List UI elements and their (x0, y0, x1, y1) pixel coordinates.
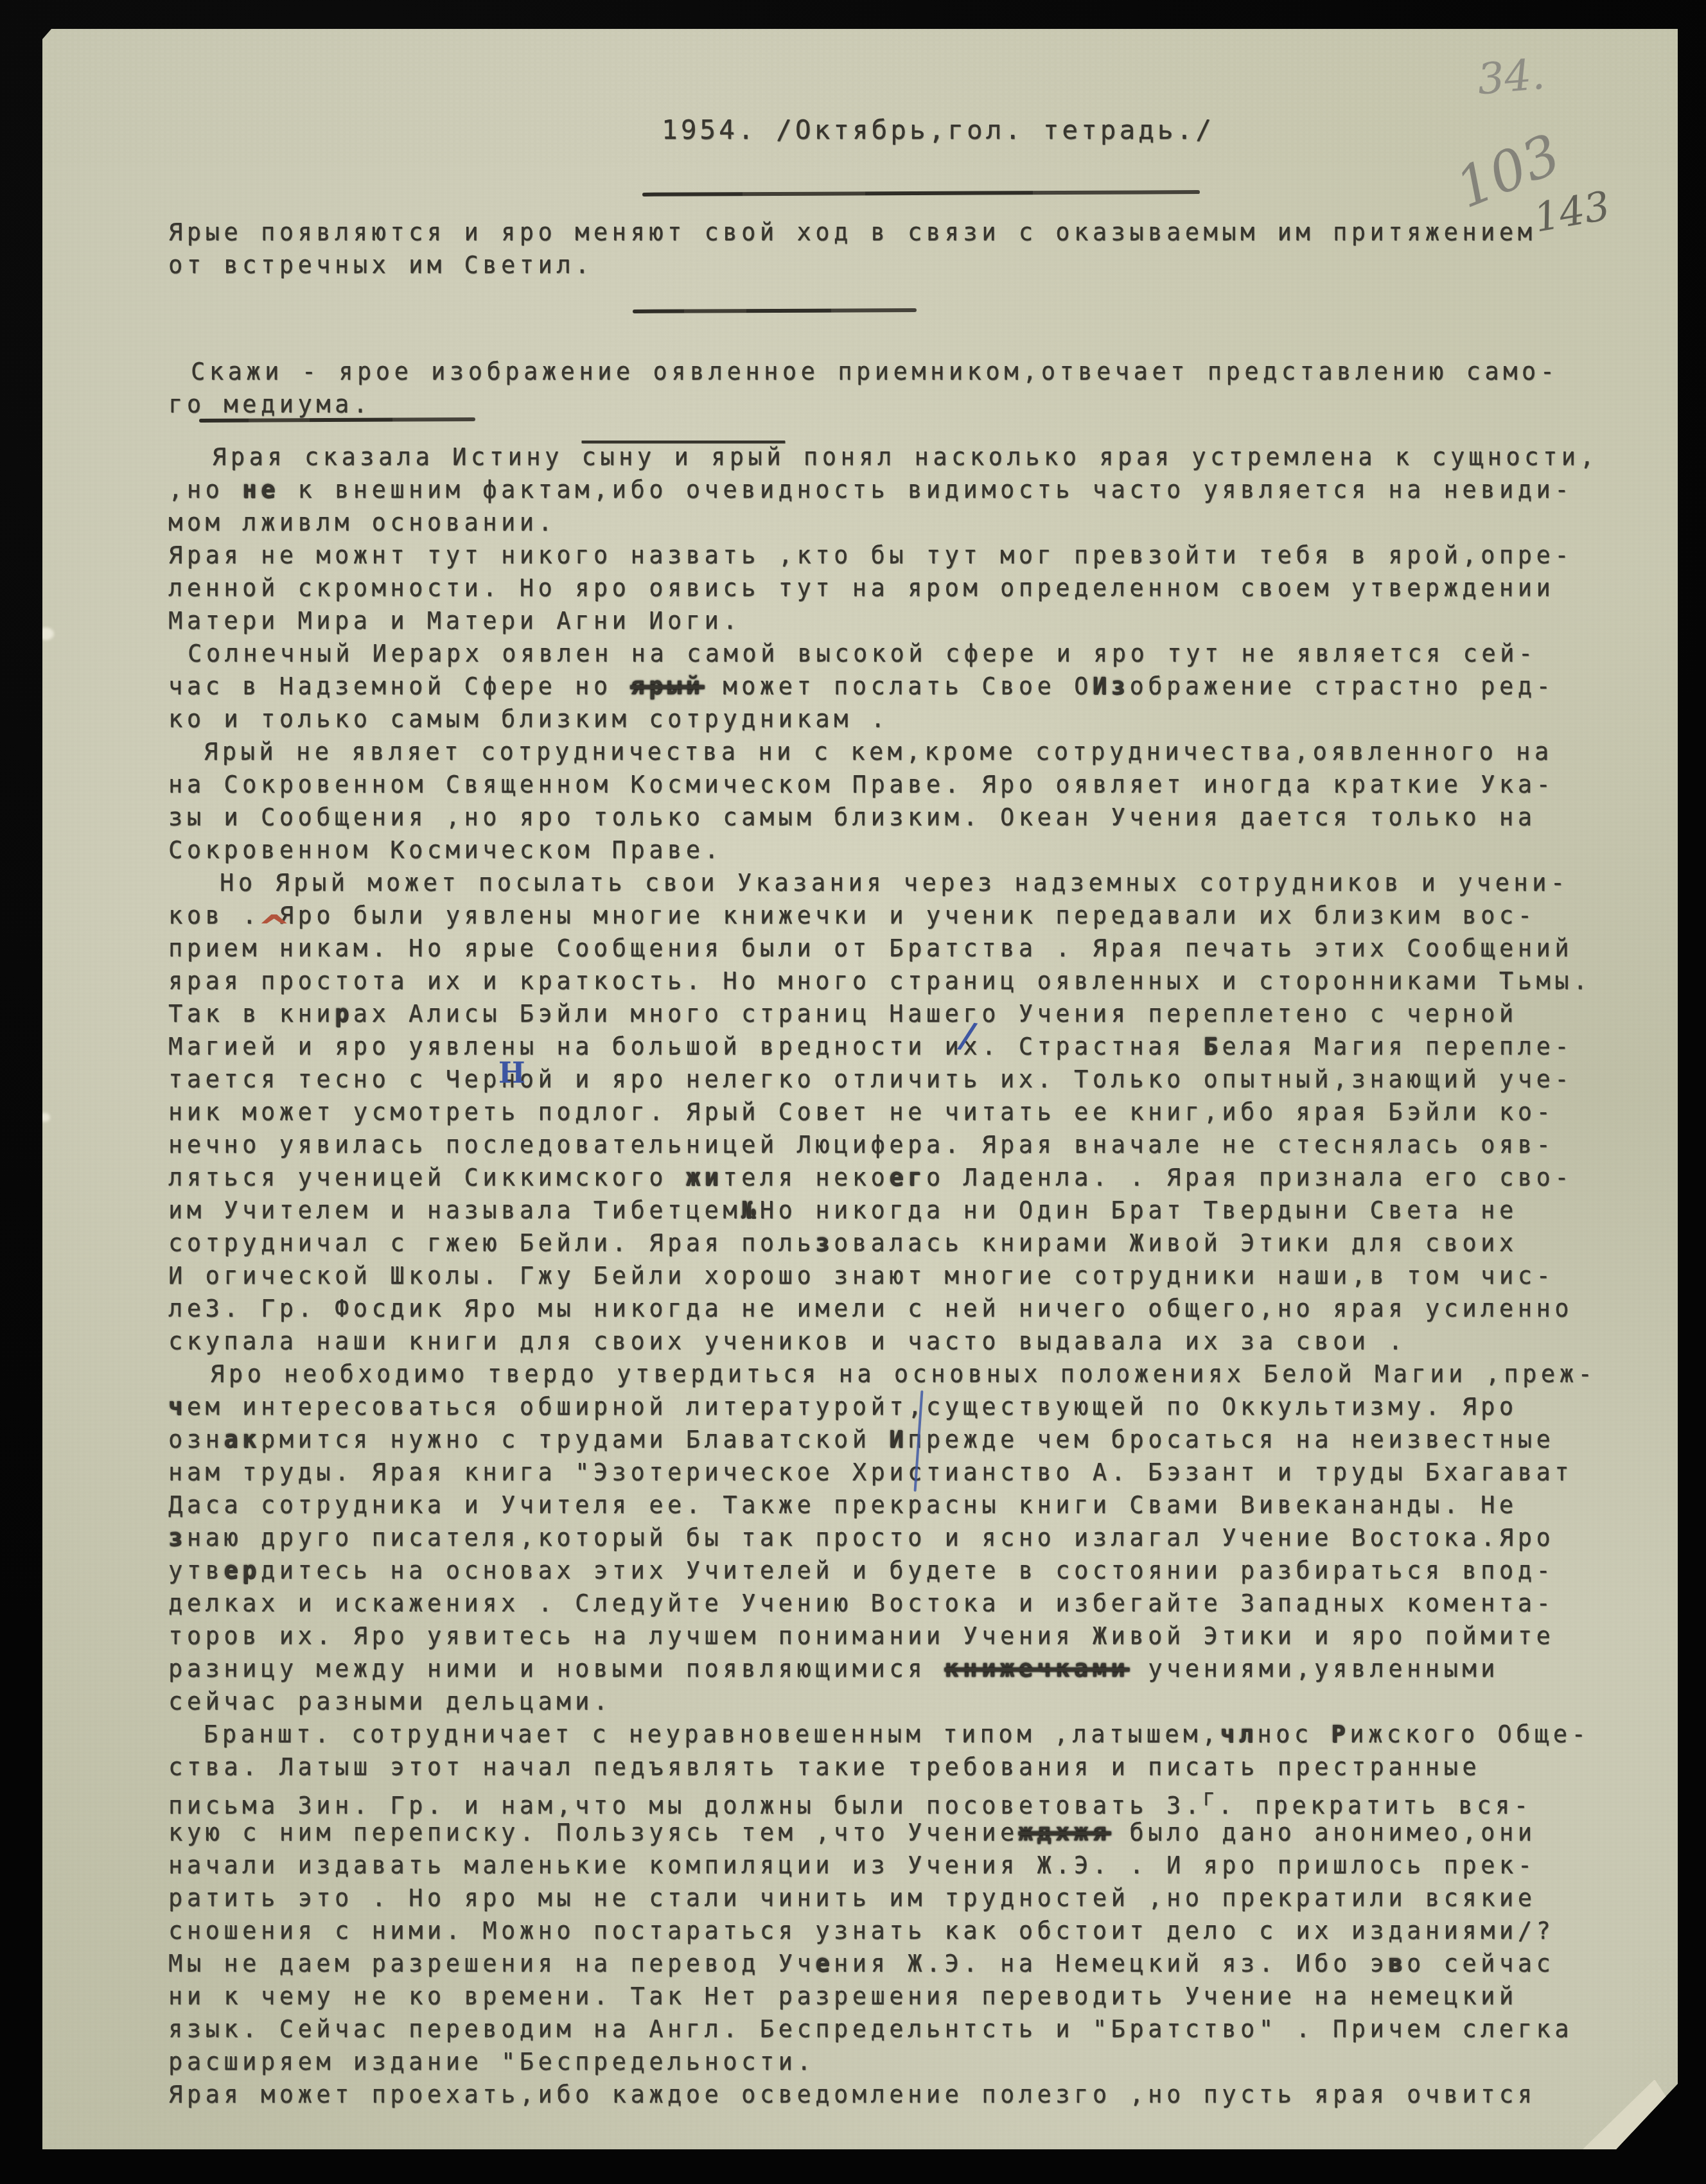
typed-text-segment: от встречных им Светил. (168, 251, 594, 279)
typed-text-segment: И огической Школы. Гжу Бейли хорошо знаю… (168, 1262, 1554, 1289)
typed-text-segment: . прекратить вся- (1218, 1792, 1532, 1819)
typed-correction-segment: № (741, 1196, 760, 1224)
typed-text-segment: Скажи - ярое изображение оявленное прием… (191, 358, 1558, 385)
typed-text-segment: о сейчас (1407, 1950, 1554, 1977)
typed-text-segment: Так в кни (168, 1000, 335, 1027)
text-line: ков . Яро были уявлены многие книжечки и… (168, 899, 1658, 932)
typed-text-segment: о Ладенла. . Ярая признала его сво- (926, 1164, 1573, 1191)
text-line: язык. Сейчас переводим на Англ. Беспреде… (168, 2013, 1658, 2045)
typed-text-segment: ков . Яро были уявлены многие книжечки и… (168, 902, 1536, 929)
typed-correction-segment: ждхжя (1019, 1819, 1111, 1846)
typed-text-segment: ярая простота их и краткость. Но много с… (168, 967, 1592, 995)
text-line: зы и Сообщения ,но яро только самым близ… (168, 801, 1658, 834)
typed-text-segment: ко и только самым близким сотрудникам . (168, 705, 889, 733)
text-line: час в Надземной Сфере но ярый может посл… (168, 670, 1658, 703)
typed-text-segment: кую с ним переписку. Пользуясь тем ,что … (168, 1819, 1019, 1846)
document-section-intro1: Ярые появляются и яро меняют свой ход в … (168, 216, 1658, 281)
text-line: Даса сотрудника и Учителя ее. Также прек… (168, 1489, 1658, 1521)
text-line: чем интересоваться обширной литературойт… (168, 1390, 1658, 1423)
typed-correction-segment: ак (224, 1426, 261, 1453)
typed-text-segment: елая Магия перепле- (1222, 1033, 1573, 1060)
typed-correction-segment: Г (1203, 1790, 1218, 1810)
paragraph: Ярые появляются и яро меняют свой ход в … (168, 216, 1658, 281)
text-line: ко и только самым близким сотрудникам . (168, 703, 1658, 735)
typed-correction-segment: е (815, 1950, 834, 1977)
typed-correction-segment: ег (889, 1164, 926, 1191)
text-line: сейчас разными дельцами. (168, 1685, 1658, 1718)
typed-text-segment: торов их. Яро уявитесь на лучшем пониман… (168, 1622, 1554, 1650)
text-line: делках и искажениях . Следуйте Учению Во… (168, 1587, 1658, 1620)
typed-text-segment: нечно уявилась последовательницей Люцифе… (168, 1131, 1554, 1158)
text-line: ни к чему не ко времени. Так Нет разреше… (168, 1980, 1658, 2013)
typed-text-segment: Даса сотрудника и Учителя ее. Также прек… (168, 1491, 1518, 1519)
typed-text-segment: Браншт. сотрудничает с неуравновешенным … (204, 1720, 1220, 1748)
text-line: ознакрмится нужно с трудами Блаватской И… (168, 1423, 1658, 1456)
text-line: ства. Латыш этот начал педъявлять такие … (168, 1751, 1658, 1783)
text-line: на Сокровенном Священном Космическом Пра… (168, 768, 1658, 801)
typed-text-segment: им Учителем и называла Тибетцем (168, 1196, 741, 1224)
text-line: ,но не к внешним фактам,ибо очевидность … (168, 473, 1658, 506)
typed-text-segment: Мы не даем разрешения на перевод Уч (168, 1950, 815, 1977)
text-line: им Учителем и называла Тибетцем№Но никог… (168, 1194, 1658, 1227)
typed-text-segment: ни к чему не ко времени. Так Нет разреше… (168, 1982, 1518, 2010)
typed-text-segment: Яро необходимо твердо утвердиться на осн… (210, 1360, 1596, 1388)
paragraph: Ярая может проехать,ибо каждое осведомле… (168, 2078, 1658, 2111)
typed-text-segment: ства. Латыш этот начал педъявлять такие … (168, 1753, 1481, 1781)
typed-text-segment: рмится нужно с трудами Блаватской (261, 1426, 889, 1453)
typed-correction-segment: Из (1093, 672, 1130, 700)
text-line: ратить это . Но яро мы не стали чинить и… (168, 1882, 1658, 1914)
paper-edge-blemish (39, 1113, 50, 1122)
typed-text-segment: ем интересоваться обширной литературойт,… (187, 1393, 1518, 1420)
typed-text-segment: ния Ж.Э. на Немецкий яз. Ибо э (834, 1950, 1388, 1977)
text-line: начали издавать маленькие компиляции из … (168, 1849, 1658, 1882)
typed-text-segment: леЗ. Гр. Фосдик Яро мы никогда не имели … (168, 1295, 1573, 1322)
text-line: Магией и яро уявлены на большой вредност… (168, 1030, 1658, 1063)
section-divider-rule (633, 308, 917, 313)
text-line: го медиума. (168, 388, 1658, 421)
typed-correction-segment: з (815, 1229, 834, 1257)
typed-correction-segment: Б (1203, 1033, 1222, 1060)
text-line: знаю друго писателя,который бы так прост… (168, 1521, 1658, 1554)
text-line: сношения с ними. Можно постараться узнат… (168, 1914, 1658, 1947)
paragraph: Но Ярый может посылать свои Указания чер… (168, 866, 1658, 1358)
paragraph: Ярая сказала Истину сыну и ярый понял на… (168, 441, 1658, 637)
typed-text-segment: час в Надземной Сфере но (168, 672, 630, 700)
document-section-intro2: Скажи - ярое изображение оявленное прием… (168, 355, 1658, 421)
typed-text-segment: Но никогда ни Один Брат Твердыни Света н… (760, 1196, 1518, 1224)
typed-correction-segment: з (168, 1524, 187, 1551)
typed-text-segment: мом лживлм основании. (168, 509, 556, 536)
text-line: Ярый не являет сотрудничества ни с кем,к… (168, 735, 1658, 768)
text-line: ляться ученицей Сиккимского жителя некое… (168, 1161, 1658, 1194)
typed-text-segment: письма Зин. Гр. и нам,что мы должны были… (168, 1792, 1203, 1819)
typed-text-segment: может послать Свое О (705, 672, 1093, 700)
paragraph: Скажи - ярое изображение оявленное прием… (168, 355, 1658, 421)
typed-text-segment: к внешним фактам,ибо очевидность видимос… (279, 476, 1573, 503)
page-title: 1954. /Октябрь,гол. тетрадь./ (662, 114, 1215, 145)
text-line: Так в книрах Алисы Бэйли много страниц Н… (168, 997, 1658, 1030)
typed-text-segment: язык. Сейчас переводим на Англ. Беспреде… (168, 2015, 1573, 2043)
text-line: прием никам. Но ярые Сообщения были от Б… (168, 932, 1658, 965)
header-underline-rule (642, 190, 1200, 197)
typed-text-segment: прежде чем бросаться на неизвестные (908, 1426, 1554, 1453)
typed-correction-segment: не (242, 476, 279, 503)
text-line: Сокровенном Космическом Праве. (168, 834, 1658, 866)
typed-text-segment: овалась книрами Живой Этики для своих (834, 1229, 1518, 1257)
typed-text-segment: го медиума. (168, 390, 372, 418)
typed-text-segment: нам труды. Ярая книга "Эзотерическое Хри… (168, 1458, 1573, 1486)
typed-correction-segment: в (1388, 1950, 1407, 1977)
typed-text-segment: начали издавать маленькие компиляции из … (168, 1851, 1536, 1879)
typed-correction-segment: книжечками (945, 1655, 1130, 1682)
typed-text-segment: понял насколько ярая устремлена к сущнос… (785, 443, 1598, 471)
text-line: И огической Школы. Гжу Бейли хорошо знаю… (168, 1259, 1658, 1292)
typed-text-segment: Ярый не являет сотрудничества ни с кем,к… (204, 738, 1553, 765)
text-line: разницу между ними и новыми появляющимис… (168, 1652, 1658, 1685)
text-line: ярая простота их и краткость. Но много с… (168, 965, 1658, 997)
typed-text-segment: разницу между ними и новыми появляющимис… (168, 1655, 945, 1682)
typed-text-segment: ах Алисы Бэйли много страниц Нашего Учен… (353, 1000, 1518, 1027)
typed-correction-segment: И (889, 1426, 908, 1453)
typed-text-segment: Но Ярый может посылать свои Указания чер… (220, 869, 1569, 896)
typed-correction-segment: чл (1220, 1720, 1258, 1748)
text-line: скупала наши книги для своих учеников и … (168, 1325, 1658, 1358)
text-line: расширяем издание "Беспредельности. (168, 2045, 1658, 2078)
typed-correction-segment: жи (686, 1164, 723, 1191)
typed-text-segment: сношения с ними. Можно постараться узнат… (168, 1917, 1554, 1944)
paragraph: Браншт. сотрудничает с неуравновешенным … (168, 1718, 1658, 2078)
typed-text-segment: ратить это . Но яро мы не стали чинить и… (168, 1884, 1536, 1912)
typed-correction-segment: Р (1331, 1720, 1350, 1748)
typed-text-segment: Солнечный Иерарх оявлен на самой высокой… (188, 640, 1537, 667)
typed-correction-segment: ер (224, 1557, 261, 1584)
text-line: Ярая не можнт тут никого назвать ,кто бы… (168, 539, 1658, 572)
text-line: ленной скромности. Но яро оявись тут на … (168, 572, 1658, 604)
document-body: Ярая сказала Истину сыну и ярый понял на… (168, 441, 1658, 2111)
typed-correction-segment: сыну и ярый (582, 443, 786, 471)
typed-text-segment: сотрудничал с гжею Бейли. Ярая поль (168, 1229, 815, 1257)
text-line: Скажи - ярое изображение оявленное прием… (168, 355, 1658, 388)
text-line: Но Ярый может посылать свои Указания чер… (168, 866, 1658, 899)
typed-text-segment: сейчас разными дельцами. (168, 1688, 612, 1715)
text-line: нечно уявилась последовательницей Люцифе… (168, 1128, 1658, 1161)
text-line: Ярая сказала Истину сыну и ярый понял на… (168, 441, 1658, 473)
typed-text-segment: на Сокровенном Священном Космическом Пра… (168, 771, 1554, 798)
text-line: торов их. Яро уявитесь на лучшем пониман… (168, 1620, 1658, 1652)
section-divider-rule (199, 417, 475, 423)
paragraph: Солнечный Иерарх оявлен на самой высокой… (168, 637, 1658, 735)
typed-text-segment: тается тесно с Черной и яро нелегко отли… (168, 1065, 1573, 1093)
typed-text-segment: Ярая не можнт тут никого назвать ,кто бы… (168, 541, 1573, 569)
typed-text-segment: Ярая сказала Истину (212, 443, 582, 471)
text-line: мом лживлм основании. (168, 506, 1658, 539)
text-line: письма Зин. Гр. и нам,что мы должны были… (168, 1783, 1658, 1816)
text-line: леЗ. Гр. Фосдик Яро мы никогда не имели … (168, 1292, 1658, 1325)
scanned-page-background: { "document": { "kind": "typewritten arc… (0, 0, 1706, 2184)
typed-text-segment: расширяем издание "Беспредельности. (168, 2048, 815, 2075)
typed-text-segment: было дано анонимео,они (1111, 1819, 1536, 1846)
text-line: ник может усмотреть подлог. Ярый Совет н… (168, 1096, 1658, 1128)
text-line: Мы не даем разрешения на перевод Учения … (168, 1947, 1658, 1980)
text-line: Яро необходимо твердо утвердиться на осн… (168, 1358, 1658, 1390)
typed-text-segment: Сокровенном Космическом Праве. (168, 836, 723, 864)
typed-text-segment: ижского Обще- (1350, 1720, 1590, 1748)
typed-text-segment: утв (168, 1557, 224, 1584)
text-line: Матери Мира и Матери Агни Иоги. (168, 604, 1658, 637)
typed-text-segment (261, 934, 279, 962)
typed-text-segment: Магией и яро уявлены на большой вредност… (168, 1033, 1203, 1060)
text-line: Ярая может проехать,ибо каждое осведомле… (168, 2078, 1658, 2111)
typed-text-segment: Матери Мира и Матери Агни Иоги. (168, 607, 741, 634)
typed-text-segment: ник может усмотреть подлог. Ярый Совет н… (168, 1098, 1554, 1126)
typed-text-segment: Ярая может проехать,ибо каждое осведомле… (168, 2081, 1536, 2108)
scanned-paper-sheet: 34. 103 143 1954. /Октябрь,гол. тетрадь.… (42, 29, 1678, 2149)
typed-text-segment: зы и Сообщения ,но яро только самым близ… (168, 803, 1536, 831)
text-line: тается тесно с Черной и яро нелегко отли… (168, 1063, 1658, 1096)
typed-text-segment: скупала наши книги для своих учеников и … (168, 1327, 1407, 1355)
text-line: сотрудничал с гжею Бейли. Ярая пользовал… (168, 1227, 1658, 1259)
typed-text-segment: ,но (168, 476, 242, 503)
typed-correction-segment: р (335, 1000, 353, 1027)
text-line: Ярые появляются и яро меняют свой ход в … (168, 216, 1658, 249)
text-line: от встречных им Светил. (168, 249, 1658, 281)
typed-text-segment: дитесь на основах этих Учителей и будете… (261, 1557, 1554, 1584)
typed-text-segment: учениями,уявленными (1129, 1655, 1499, 1682)
text-line: нам труды. Ярая книга "Эзотерическое Хри… (168, 1456, 1658, 1489)
paper-edge-blemish (37, 627, 54, 640)
typed-text-segment: прием (168, 934, 261, 962)
typed-correction-segment: ярый (630, 672, 704, 700)
typed-correction-segment: ч (168, 1393, 187, 1420)
pencil-corner-number: 34. (1475, 49, 1547, 105)
typed-text-segment: ображение страстно ред- (1129, 672, 1554, 700)
typed-text-segment: теля неко (723, 1164, 889, 1191)
text-line: Браншт. сотрудничает с неуравновешенным … (168, 1718, 1658, 1751)
text-line: утвердитесь на основах этих Учителей и б… (168, 1554, 1658, 1587)
typed-text-segment: Ярые появляются и яро меняют свой ход в … (168, 218, 1536, 246)
typed-text-segment: ленной скромности. Но яро оявись тут на … (168, 574, 1554, 602)
typed-text-segment: нос (1257, 1720, 1331, 1748)
typed-text-segment: ляться ученицей Сиккимского (168, 1164, 686, 1191)
text-line: Солнечный Иерарх оявлен на самой высокой… (168, 637, 1658, 670)
typed-text-segment: наю друго писателя,который бы так просто… (187, 1524, 1554, 1551)
typed-text-segment: озн (168, 1426, 224, 1453)
typed-text-segment: никам. Но ярые Сообщения были от Братств… (279, 934, 1573, 962)
text-line: кую с ним переписку. Пользуясь тем ,что … (168, 1816, 1658, 1849)
paragraph: Яро необходимо твердо утвердиться на осн… (168, 1358, 1658, 1718)
typed-text-segment: делках и искажениях . Следуйте Учению Во… (168, 1589, 1554, 1617)
paragraph: Ярый не являет сотрудничества ни с кем,к… (168, 735, 1658, 866)
